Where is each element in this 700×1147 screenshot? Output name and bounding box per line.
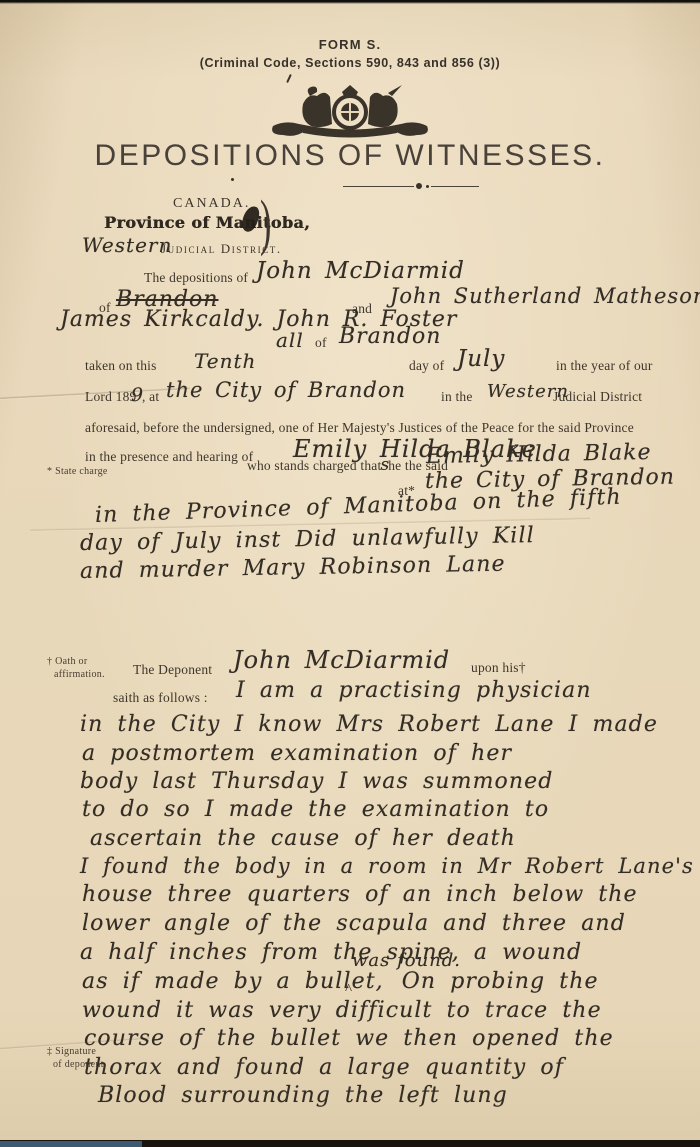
deposition-line: a postmortem examination of her	[82, 741, 512, 766]
signature-margin-note: ‡ Signature of deponent.	[47, 1046, 107, 1071]
place-taken-handwritten: the City of Brandon	[166, 378, 406, 402]
saith-label: saith as follows :	[113, 690, 208, 706]
country-label: CANADA.	[173, 196, 250, 212]
title-divider	[343, 183, 479, 189]
deposition-line: lower angle of the scapula and three and	[82, 911, 626, 936]
page-title: DEPOSITIONS OF WITNESSES.	[0, 139, 700, 174]
deposition-line: to do so I made the examination to	[82, 797, 549, 822]
charge-line: and murder Mary Robinson Lane	[80, 552, 506, 585]
year-intro-label: in the year of our	[556, 358, 653, 374]
royal-coat-of-arms-icon	[265, 84, 435, 147]
presence-label: in the presence and hearing of	[85, 449, 253, 465]
signature-margin-line-1: ‡ Signature	[47, 1046, 107, 1059]
charged-label: who stands charged that	[247, 458, 381, 473]
lord-year-label: Lord 189	[85, 389, 136, 405]
ink-speck	[286, 74, 292, 83]
judicial-district-label-2: Judicial District	[553, 389, 642, 405]
scan-top-edge	[0, 0, 700, 4]
form-number: FORM S.	[0, 38, 700, 53]
charged-row: who stands charged thatshe the said	[247, 456, 448, 476]
deposition-line: I am a practising physician	[236, 678, 592, 703]
interlinear-insertion: was found.	[352, 951, 461, 972]
signature-margin-line-2: of deponent.	[47, 1059, 107, 1072]
deposition-line: Blood surrounding the left lung	[98, 1083, 508, 1108]
deposition-line: thorax and found a large quantity of	[84, 1055, 564, 1080]
deposition-line: body last Thursday I was summoned	[80, 769, 553, 794]
province-label: Province of Manitoba,	[104, 214, 310, 232]
deposition-line: in the City I know Mrs Robert Lane I mad…	[80, 712, 658, 737]
caret-mark: ^	[345, 982, 352, 999]
upon-his-label: upon his†	[471, 660, 526, 676]
oath-margin-line-2: affirmation.	[47, 669, 105, 682]
deposition-line: house three quarters of an inch below th…	[82, 882, 638, 907]
of-label-2: of	[315, 335, 327, 351]
deponent-label: The Deponent	[133, 662, 212, 678]
deposition-line: ascertain the cause of her death	[90, 826, 516, 851]
judicial-district-handwritten: Western	[82, 234, 172, 257]
all-handwritten: all	[276, 329, 304, 352]
month-handwritten: July	[457, 346, 505, 372]
oath-margin-note: † Oath or affirmation.	[47, 656, 105, 681]
code-reference: (Criminal Code, Sections 590, 843 and 85…	[0, 56, 700, 70]
charge-line: in the Province of Manitoba on the fifth	[95, 485, 623, 529]
aforesaid-line: aforesaid, before the undersigned, one o…	[85, 420, 634, 436]
deposition-line: a half inches from the spine, a wound	[80, 940, 582, 965]
ink-speck	[231, 178, 234, 181]
day-of-label: day of	[409, 358, 444, 374]
judicial-district-label: Judicial District.	[161, 242, 282, 257]
taken-on-this-label: taken on this	[85, 358, 157, 374]
in-the-label: in the	[441, 389, 473, 405]
witnesses-residence-all: Brandon	[339, 324, 441, 349]
deponent-name-handwritten: John McDiarmid	[233, 647, 450, 675]
comma-at-label: , at	[142, 389, 159, 405]
deposition-line-part: On probing the	[402, 969, 599, 994]
state-charge-margin-note: * State charge	[47, 466, 108, 479]
oath-margin-line-1: † Oath or	[47, 656, 105, 669]
deposition-form-page: FORM S. (Criminal Code, Sections 590, 84…	[0, 0, 700, 1147]
deposition-line: I found the body in a room in Mr Robert …	[80, 854, 694, 878]
deposition-line: wound it was very difficult to trace the	[82, 998, 602, 1023]
day-handwritten: Tenth	[194, 350, 256, 373]
deposition-line: course of the bullet we then opened the	[84, 1026, 614, 1051]
deposition-line-with-insertion: as if made by a bullet, On probing the	[82, 969, 599, 994]
deposition-line-part: as if made by a bullet,	[82, 969, 384, 994]
witness-name-1: John McDiarmid	[256, 258, 465, 284]
scan-bottom-edge-blue	[0, 1141, 142, 1147]
witness-name-2: John Sutherland Matheson	[390, 284, 700, 308]
depositions-of-label: The depositions of	[144, 270, 248, 286]
